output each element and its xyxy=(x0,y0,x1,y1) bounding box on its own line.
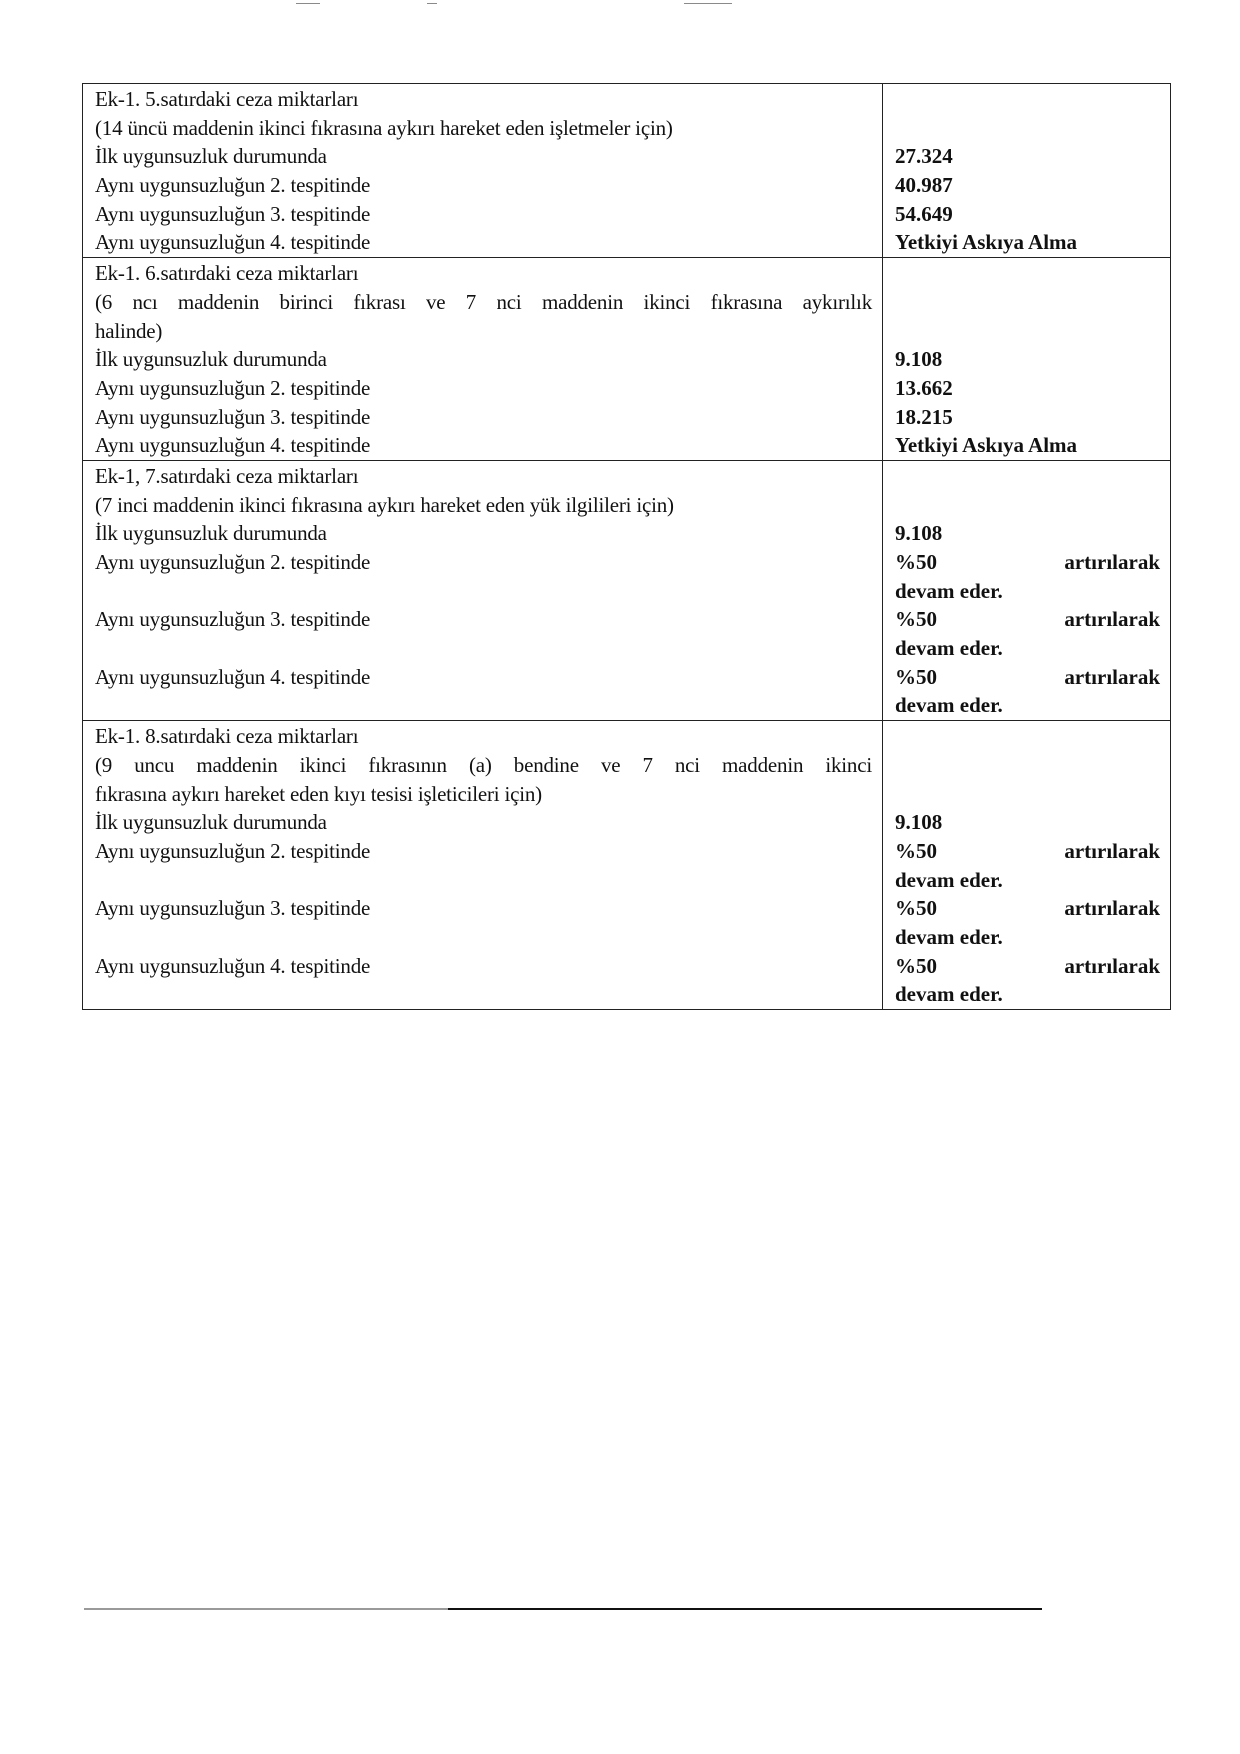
penalty-amount: Yetkiyi Askıya Alma xyxy=(895,228,1160,257)
penalty-label: İlk uygunsuzluk durumunda xyxy=(95,142,872,171)
penalty-amount: %50artırılarakdevam eder. xyxy=(895,837,1160,894)
penalty-increase-word: artırılarak xyxy=(1064,605,1160,634)
penalty-section-row: Ek-1. 6.satırdaki ceza miktarları(6 ncı … xyxy=(83,258,1171,461)
amount-spacer xyxy=(895,751,1160,780)
section-amount-cell: 27.32440.98754.649Yetkiyi Askıya Alma xyxy=(883,84,1171,258)
penalty-label: Aynı uygunsuzluğun 4. tespitinde xyxy=(95,228,872,257)
penalty-increase-word: artırılarak xyxy=(1064,663,1160,692)
penalty-percent: %50 xyxy=(895,548,937,577)
penalty-label: Aynı uygunsuzluğun 2. tespitinde xyxy=(95,374,872,403)
scan-artifact xyxy=(684,3,732,4)
section-heading: Ek-1. 5.satırdaki ceza miktarları xyxy=(95,85,872,114)
penalty-amount: %50artırılarakdevam eder. xyxy=(895,894,1160,951)
penalty-amount: 9.108 xyxy=(895,345,1160,374)
amount-spacer xyxy=(895,317,1160,346)
penalty-section-row: Ek-1, 7.satırdaki ceza miktarları(7 inci… xyxy=(83,460,1171,720)
penalty-increase-word: artırılarak xyxy=(1064,952,1160,981)
scan-artifact xyxy=(427,3,437,4)
amount-spacer xyxy=(895,462,1160,491)
penalty-continue-text: devam eder. xyxy=(895,923,1160,952)
section-description-cell: Ek-1, 7.satırdaki ceza miktarları(7 inci… xyxy=(83,460,883,720)
penalty-amount: %50artırılarakdevam eder. xyxy=(895,663,1160,720)
section-description-cell: Ek-1. 5.satırdaki ceza miktarları(14 ünc… xyxy=(83,84,883,258)
penalty-continue-text: devam eder. xyxy=(895,691,1160,720)
penalty-amount: %50artırılarakdevam eder. xyxy=(895,605,1160,662)
penalty-continue-text: devam eder. xyxy=(895,634,1160,663)
penalty-amount-line: %50artırılarak xyxy=(895,894,1160,923)
penalty-amount-line: %50artırılarak xyxy=(895,837,1160,866)
section-amount-cell: 9.108%50artırılarakdevam eder.%50artırıl… xyxy=(883,721,1171,1010)
penalty-increase-word: artırılarak xyxy=(1064,548,1160,577)
penalty-amount: 9.108 xyxy=(895,808,1160,837)
penalty-increase-word: artırılarak xyxy=(1064,894,1160,923)
penalty-table-body: Ek-1. 5.satırdaki ceza miktarları(14 ünc… xyxy=(83,84,1171,1010)
section-subheading-line: (7 inci maddenin ikinci fıkrasına aykırı… xyxy=(95,491,872,520)
section-subheading-line: fıkrasına aykırı hareket eden kıyı tesis… xyxy=(95,780,872,809)
penalty-amount-line: %50artırılarak xyxy=(895,663,1160,692)
penalty-label: Aynı uygunsuzluğun 2. tespitinde xyxy=(95,171,872,200)
penalty-label: Aynı uygunsuzluğun 3. tespitinde xyxy=(95,894,872,951)
penalty-amount-line: %50artırılarak xyxy=(895,605,1160,634)
penalty-label: Aynı uygunsuzluğun 4. tespitinde xyxy=(95,431,872,460)
penalty-label: İlk uygunsuzluk durumunda xyxy=(95,519,872,548)
penalty-label: Aynı uygunsuzluğun 4. tespitinde xyxy=(95,952,872,1009)
penalty-amount-line: %50artırılarak xyxy=(895,548,1160,577)
penalty-amount: 54.649 xyxy=(895,200,1160,229)
penalty-section-row: Ek-1. 8.satırdaki ceza miktarları(9 uncu… xyxy=(83,721,1171,1010)
penalty-label: Aynı uygunsuzluğun 3. tespitinde xyxy=(95,605,872,662)
penalty-increase-word: artırılarak xyxy=(1064,837,1160,866)
section-description-cell: Ek-1. 8.satırdaki ceza miktarları(9 uncu… xyxy=(83,721,883,1010)
penalty-continue-text: devam eder. xyxy=(895,577,1160,606)
penalty-label: Aynı uygunsuzluğun 3. tespitinde xyxy=(95,403,872,432)
penalty-amount: 9.108 xyxy=(895,519,1160,548)
scan-artifact xyxy=(296,3,320,4)
penalty-section-row: Ek-1. 5.satırdaki ceza miktarları(14 ünc… xyxy=(83,84,1171,258)
amount-spacer xyxy=(895,491,1160,520)
penalty-amount-line: %50artırılarak xyxy=(895,952,1160,981)
section-subheading-line: (9 uncu maddenin ikinci fıkrasının (a) b… xyxy=(95,751,872,780)
penalty-continue-text: devam eder. xyxy=(895,866,1160,895)
penalty-percent: %50 xyxy=(895,837,937,866)
penalty-label: İlk uygunsuzluk durumunda xyxy=(95,808,872,837)
amount-spacer xyxy=(895,288,1160,317)
section-heading: Ek-1. 6.satırdaki ceza miktarları xyxy=(95,259,872,288)
amount-spacer xyxy=(895,722,1160,751)
penalty-amount: 13.662 xyxy=(895,374,1160,403)
penalty-label: Aynı uygunsuzluğun 3. tespitinde xyxy=(95,200,872,229)
section-subheading-line: halinde) xyxy=(95,317,872,346)
penalty-label: Aynı uygunsuzluğun 4. tespitinde xyxy=(95,663,872,720)
penalty-amount: Yetkiyi Askıya Alma xyxy=(895,431,1160,460)
amount-spacer xyxy=(895,85,1160,114)
section-description-cell: Ek-1. 6.satırdaki ceza miktarları(6 ncı … xyxy=(83,258,883,461)
penalty-percent: %50 xyxy=(895,663,937,692)
penalty-percent: %50 xyxy=(895,952,937,981)
section-subheading-line: (6 ncı maddenin birinci fıkrası ve 7 nci… xyxy=(95,288,872,317)
penalty-label: Aynı uygunsuzluğun 2. tespitinde xyxy=(95,548,872,605)
penalty-percent: %50 xyxy=(895,605,937,634)
penalty-label: İlk uygunsuzluk durumunda xyxy=(95,345,872,374)
penalty-amount: %50artırılarakdevam eder. xyxy=(895,548,1160,605)
penalty-amount: 18.215 xyxy=(895,403,1160,432)
penalty-amount: %50artırılarakdevam eder. xyxy=(895,952,1160,1009)
penalty-table: Ek-1. 5.satırdaki ceza miktarları(14 ünc… xyxy=(82,83,1171,1010)
amount-spacer xyxy=(895,114,1160,143)
penalty-amount: 40.987 xyxy=(895,171,1160,200)
section-amount-cell: 9.108%50artırılarakdevam eder.%50artırıl… xyxy=(883,460,1171,720)
footnote-separator xyxy=(84,1608,1042,1610)
penalty-amount: 27.324 xyxy=(895,142,1160,171)
penalty-label: Aynı uygunsuzluğun 2. tespitinde xyxy=(95,837,872,894)
penalty-continue-text: devam eder. xyxy=(895,980,1160,1009)
penalty-percent: %50 xyxy=(895,894,937,923)
section-heading: Ek-1, 7.satırdaki ceza miktarları xyxy=(95,462,872,491)
amount-spacer xyxy=(895,259,1160,288)
section-subheading-line: (14 üncü maddenin ikinci fıkrasına aykır… xyxy=(95,114,872,143)
amount-spacer xyxy=(895,780,1160,809)
section-amount-cell: 9.10813.66218.215Yetkiyi Askıya Alma xyxy=(883,258,1171,461)
section-heading: Ek-1. 8.satırdaki ceza miktarları xyxy=(95,722,872,751)
